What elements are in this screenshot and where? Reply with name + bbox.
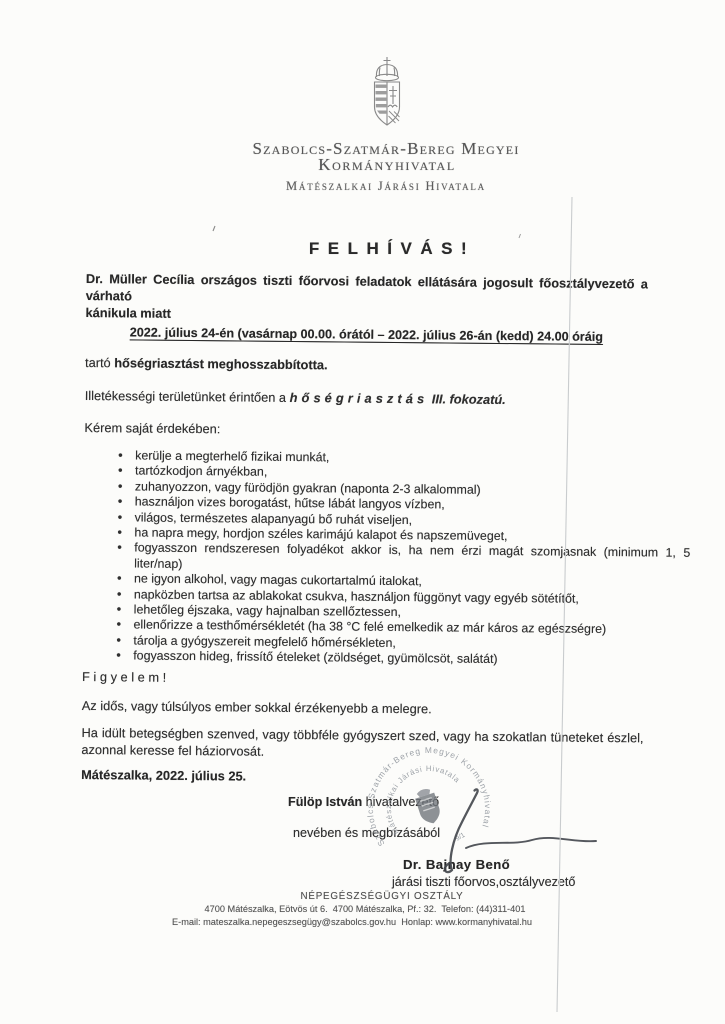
date-range-text: 2022. július 24-én (vasárnap 00.00. órát… (130, 325, 603, 344)
note-elderly: Az idős, vagy túlsúlyos ember sokkal érz… (82, 697, 644, 719)
footer-department: NÉPEGÉSZSÉGÜGYI OSZTÁLY (300, 891, 463, 902)
jurisdiction-grade: III. fokozatú. (428, 391, 506, 407)
continuation-plain: tartó (85, 355, 114, 370)
continuation-bold: hőségriasztást meghosszabbította. (114, 355, 327, 372)
note2-line2: azonnal keresse fel háziorvosát. (81, 742, 264, 759)
continuation-paragraph: tartó hőségriasztást meghosszabbította. (85, 354, 647, 376)
org-office-name: Mátészalkai Járási Hivatala (286, 179, 486, 194)
footer-address: 4700 Mátészalka, Eötvös út 6. 4700 Mátés… (205, 904, 526, 914)
advice-list: kerülje a megterhelő fizikai munkát, tar… (82, 448, 691, 670)
intro-paragraph: Dr. Müller Cecília országos tiszti főorv… (85, 270, 647, 326)
document-title: FELHÍVÁS! (309, 239, 475, 259)
org-name-line2: Kormányhivatal (318, 155, 456, 175)
scanned-document-page: Szabolcs-Szatmár-Bereg Megyei Kormányhiv… (0, 0, 725, 1024)
lead-sentence: Kérem saját érdekében: (84, 419, 646, 441)
speck-mark (519, 234, 521, 238)
intro-line2: kánikula miatt (86, 305, 171, 321)
heat-alert-date-range: 2022. július 24-én (vasárnap 00.00. órát… (85, 323, 647, 346)
document-body: Dr. Müller Cecília országos tiszti főorv… (81, 268, 648, 813)
principal-name: Fülöp István (288, 795, 362, 809)
signature-scribble (428, 778, 608, 878)
footer-contact: E-mail: mateszalka.nepegeszsegügy@szabol… (172, 917, 532, 927)
speck-mark (213, 226, 215, 231)
jurisdiction-paragraph: Illetékességi területünket érintően a hő… (85, 387, 647, 409)
hungary-coat-of-arms-icon (352, 54, 422, 132)
jurisdiction-plain: Illetékességi területünket érintően a (85, 388, 290, 405)
attention-heading: Figyelem! (82, 668, 644, 690)
intro-line1: Dr. Müller Cecília országos tiszti főorv… (86, 270, 648, 309)
jurisdiction-emphasis: hőségriasztás (290, 390, 429, 406)
